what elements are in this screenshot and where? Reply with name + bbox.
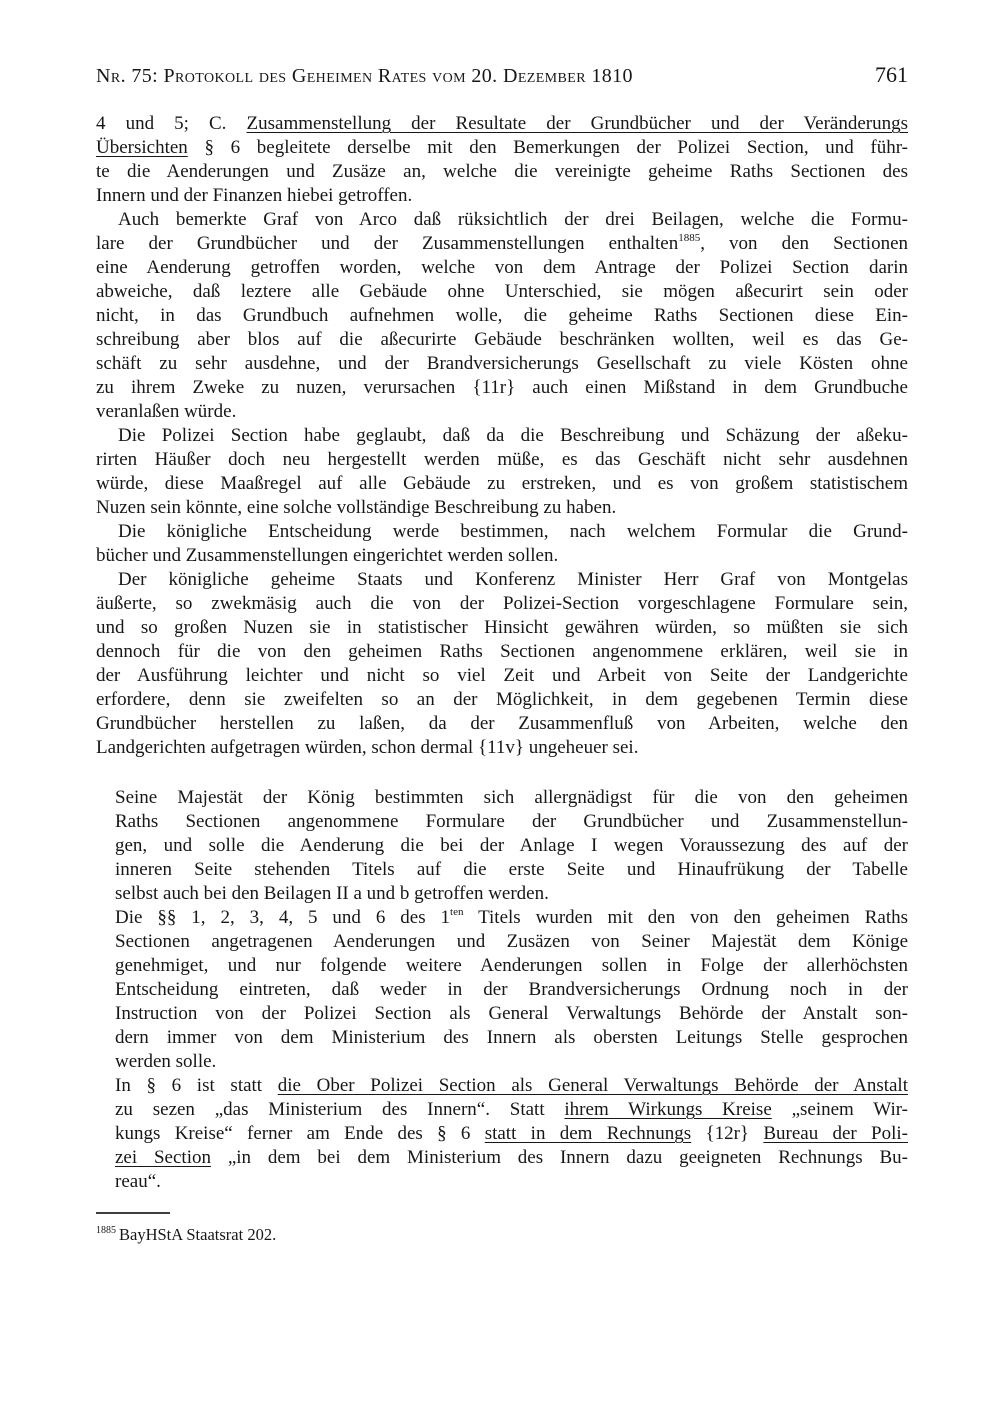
text-segment: lare der Grundbücher und der Zusammenste… — [96, 233, 678, 254]
text-segment: Innern und der Finanzen hiebei getroffen… — [96, 185, 412, 206]
running-title: Nr. 75: Protokoll des Geheimen Rates vom… — [96, 65, 633, 88]
text-line: 4 und 5; C. Zusammenstellung der Resulta… — [96, 112, 908, 136]
underlined-segment: ihrem Wirkungs Kreise — [564, 1099, 771, 1120]
text-line: selbst auch bei den Beilagen II a und b … — [115, 882, 908, 906]
text-line: schreibung aber blos auf die aßecurirte … — [96, 328, 908, 352]
text-line: veranlaßen würde. — [96, 400, 908, 424]
text-segment: Grundbücher herstellen zu laßen, da der … — [96, 713, 908, 734]
text-line: Nuzen sein könnte, eine solche vollständ… — [96, 496, 908, 520]
text-line: und so großen Nuzen sie in statistischer… — [96, 616, 908, 640]
text-segment: {12r} — [691, 1123, 763, 1144]
text-segment: genehmiget, und nur folgende weitere Aen… — [115, 955, 908, 976]
text-segment: „seinem Wir- — [772, 1099, 908, 1120]
page-header: Nr. 75: Protokoll des Geheimen Rates vom… — [96, 62, 908, 88]
main-text-block: 4 und 5; C. Zusammenstellung der Resulta… — [96, 112, 908, 760]
text-line: Sectionen angetragenen Aenderungen und Z… — [115, 930, 908, 954]
text-segment: Die §§ 1, 2, 3, 4, 5 und 6 des 1 — [115, 907, 450, 928]
superscript-reference: ten — [450, 906, 463, 918]
text-segment: bücher und Zusammenstellungen eingericht… — [96, 545, 558, 566]
text-line: würde, diese Maaßregel auf alle Gebäude … — [96, 472, 908, 496]
text-segment: Titels wurden mit den von den geheimen R… — [464, 907, 909, 928]
text-segment: kungs Kreise“ ferner am Ende des § 6 — [115, 1123, 485, 1144]
text-line: Die königliche Entscheidung werde bestim… — [96, 520, 908, 544]
paragraph: Der königliche geheime Staats und Konfer… — [96, 568, 908, 760]
footnote-marker: 1885 — [96, 1225, 116, 1236]
text-line: Der königliche geheime Staats und Konfer… — [96, 568, 908, 592]
text-line: schäft zu sehr ausdehne, und der Brandve… — [96, 352, 908, 376]
text-segment: Auch bemerkte Graf von Arco daß rüksicht… — [118, 209, 908, 230]
text-segment: inneren Seite stehenden Titels auf die e… — [115, 859, 908, 880]
paragraph: Die Polizei Section habe geglaubt, daß d… — [96, 424, 908, 520]
paragraph: Auch bemerkte Graf von Arco daß rüksicht… — [96, 208, 908, 424]
text-segment: Die Polizei Section habe geglaubt, daß d… — [118, 425, 908, 446]
text-line: rirten Häußer doch neu hergestellt werde… — [96, 448, 908, 472]
underlined-segment: Übersichten — [96, 137, 188, 158]
text-segment: selbst auch bei den Beilagen II a und b … — [115, 883, 549, 904]
text-line: reau“. — [115, 1170, 908, 1194]
text-segment: dern immer von dem Ministerium des Inner… — [115, 1027, 908, 1048]
text-line: Grundbücher herstellen zu laßen, da der … — [96, 712, 908, 736]
text-line: abweiche, daß leztere alle Gebäude ohne … — [96, 280, 908, 304]
text-line: Übersichten § 6 begleitete derselbe mit … — [96, 136, 908, 160]
text-segment: äußerte, so zwekmäsig auch die von der P… — [96, 593, 908, 614]
text-line: nicht, in das Grundbuch aufnehmen wolle,… — [96, 304, 908, 328]
underlined-segment: Bureau der Poli- — [763, 1123, 908, 1144]
text-line: werden solle. — [115, 1050, 908, 1074]
paragraph: In § 6 ist statt die Ober Polizei Sectio… — [115, 1074, 908, 1194]
paragraph: Seine Majestät der König bestimmten sich… — [115, 786, 908, 906]
text-segment: schäft zu sehr ausdehne, und der Brandve… — [96, 353, 908, 374]
text-line: te die Aenderungen und Zusäze an, welche… — [96, 160, 908, 184]
text-line: In § 6 ist statt die Ober Polizei Sectio… — [115, 1074, 908, 1098]
text-segment: rirten Häußer doch neu hergestellt werde… — [96, 449, 908, 470]
text-line: äußerte, so zwekmäsig auch die von der P… — [96, 592, 908, 616]
text-line: Raths Sectionen angenommene Formulare de… — [115, 810, 908, 834]
resolution-block: Seine Majestät der König bestimmten sich… — [115, 786, 908, 1194]
text-segment: abweiche, daß leztere alle Gebäude ohne … — [96, 281, 908, 302]
superscript-reference: 1885 — [678, 232, 700, 244]
text-segment: würde, diese Maaßregel auf alle Gebäude … — [96, 473, 908, 494]
text-segment: veranlaßen würde. — [96, 401, 236, 422]
text-segment: und so großen Nuzen sie in statistischer… — [96, 617, 908, 638]
text-line: kungs Kreise“ ferner am Ende des § 6 sta… — [115, 1122, 908, 1146]
text-segment: , von den Sectionen — [700, 233, 908, 254]
text-segment: Nuzen sein könnte, eine solche vollständ… — [96, 497, 616, 518]
text-segment: Seine Majestät der König bestimmten sich… — [115, 787, 908, 808]
text-line: inneren Seite stehenden Titels auf die e… — [115, 858, 908, 882]
text-segment: Instruction von der Polizei Section als … — [115, 1003, 908, 1024]
paragraph: Die §§ 1, 2, 3, 4, 5 und 6 des 1ten Tite… — [115, 906, 908, 1074]
text-line: der Ausführung leichter und nicht so vie… — [96, 664, 908, 688]
text-segment: zu sezen „das Ministerium des Innern“. S… — [115, 1099, 564, 1120]
text-line: erfordere, denn sie zweifelten so an der… — [96, 688, 908, 712]
text-line: zu ihrem Zweke zu nuzen, verursachen {11… — [96, 376, 908, 400]
text-line: bücher und Zusammenstellungen eingericht… — [96, 544, 908, 568]
underlined-segment: statt in dem Rechnungs — [485, 1123, 691, 1144]
text-segment: nicht, in das Grundbuch aufnehmen wolle,… — [96, 305, 908, 326]
text-line: Auch bemerkte Graf von Arco daß rüksicht… — [96, 208, 908, 232]
text-line: Die §§ 1, 2, 3, 4, 5 und 6 des 1ten Tite… — [115, 906, 908, 930]
footnote-separator — [96, 1212, 170, 1214]
text-line: dern immer von dem Ministerium des Inner… — [115, 1026, 908, 1050]
text-segment: werden solle. — [115, 1051, 216, 1072]
text-segment: schreibung aber blos auf die aßecurirte … — [96, 329, 908, 350]
underlined-segment: Zusammenstellung der Resultate der Grund… — [247, 113, 908, 134]
document-page: Nr. 75: Protokoll des Geheimen Rates vom… — [0, 0, 1004, 1418]
text-line: lare der Grundbücher und der Zusammenste… — [96, 232, 908, 256]
text-line: dennoch für die von den geheimen Raths S… — [96, 640, 908, 664]
text-segment: In § 6 ist statt — [115, 1075, 278, 1096]
text-line: Entscheidung eintreten, daß weder in der… — [115, 978, 908, 1002]
text-line: zu sezen „das Ministerium des Innern“. S… — [115, 1098, 908, 1122]
text-segment: der Ausführung leichter und nicht so vie… — [96, 665, 908, 686]
text-segment: Landgerichten aufgetragen würden, schon … — [96, 737, 638, 758]
underlined-segment: zei Section — [115, 1147, 211, 1168]
body-text: 4 und 5; C. Zusammenstellung der Resulta… — [96, 112, 908, 1194]
text-segment: Der königliche geheime Staats und Konfer… — [118, 569, 908, 590]
text-segment: Entscheidung eintreten, daß weder in der… — [115, 979, 908, 1000]
footnote: 1885BayHStA Staatsrat 202. — [96, 1224, 908, 1246]
text-segment: „in dem bei dem Ministerium des Innern d… — [211, 1147, 908, 1168]
text-segment: dennoch für die von den geheimen Raths S… — [96, 641, 908, 662]
text-segment: te die Aenderungen und Zusäze an, welche… — [96, 161, 908, 182]
text-segment: zu ihrem Zweke zu nuzen, verursachen {11… — [96, 377, 908, 398]
text-line: Die Polizei Section habe geglaubt, daß d… — [96, 424, 908, 448]
text-line: Seine Majestät der König bestimmten sich… — [115, 786, 908, 810]
text-segment: Sectionen angetragenen Aenderungen und Z… — [115, 931, 908, 952]
underlined-segment: die Ober Polizei Section als General Ver… — [278, 1075, 908, 1096]
text-segment: gen, und solle die Aenderung die bei der… — [115, 835, 908, 856]
text-segment: Raths Sectionen angenommene Formulare de… — [115, 811, 908, 832]
text-segment: Die königliche Entscheidung werde bestim… — [118, 521, 908, 542]
text-segment: reau“. — [115, 1171, 161, 1192]
text-segment: 4 und 5; C. — [96, 113, 247, 134]
text-line: genehmiget, und nur folgende weitere Aen… — [115, 954, 908, 978]
text-line: Instruction von der Polizei Section als … — [115, 1002, 908, 1026]
text-segment: erfordere, denn sie zweifelten so an der… — [96, 689, 908, 710]
text-line: gen, und solle die Aenderung die bei der… — [115, 834, 908, 858]
paragraph: 4 und 5; C. Zusammenstellung der Resulta… — [96, 112, 908, 208]
text-segment: eine Aenderung getroffen worden, welche … — [96, 257, 908, 278]
text-line: zei Section „in dem bei dem Ministerium … — [115, 1146, 908, 1170]
text-line: Innern und der Finanzen hiebei getroffen… — [96, 184, 908, 208]
text-line: Landgerichten aufgetragen würden, schon … — [96, 736, 908, 760]
text-segment: § 6 begleitete derselbe mit den Bemerkun… — [188, 137, 908, 158]
text-line: eine Aenderung getroffen worden, welche … — [96, 256, 908, 280]
footnote-text: BayHStA Staatsrat 202. — [119, 1225, 276, 1244]
paragraph: Die königliche Entscheidung werde bestim… — [96, 520, 908, 568]
page-number: 761 — [875, 62, 908, 88]
